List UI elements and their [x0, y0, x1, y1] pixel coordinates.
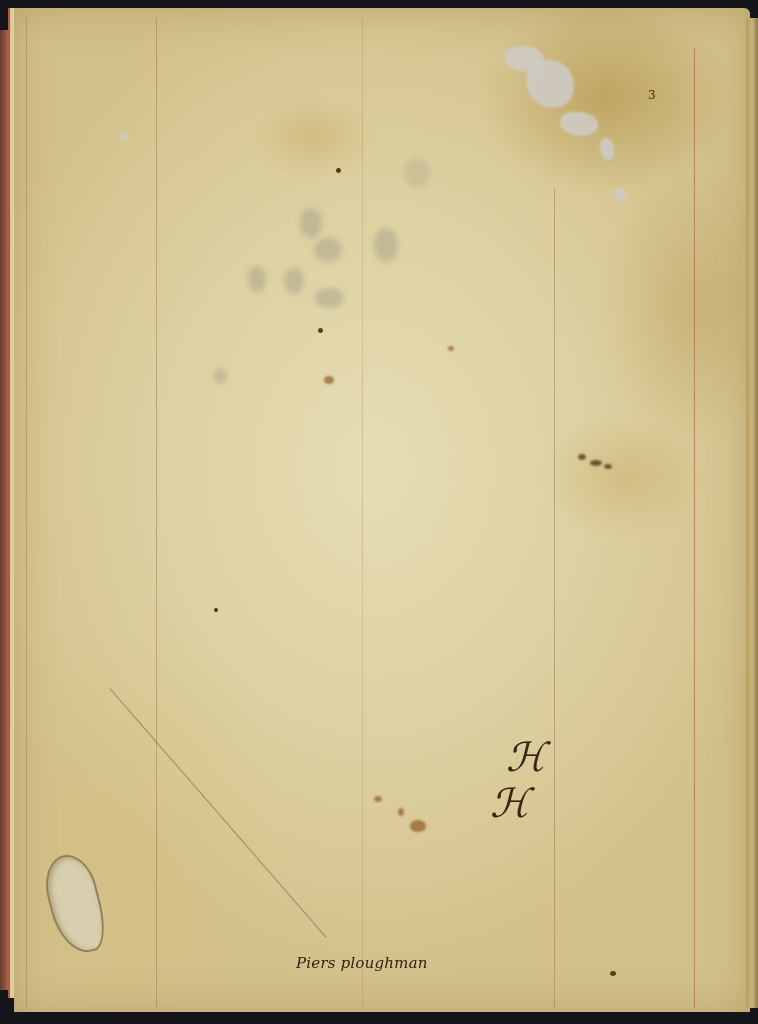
abrasion — [614, 188, 626, 202]
abrasion — [526, 60, 574, 108]
marginal-inscription: Piers ploughman — [296, 954, 428, 972]
ruling-line — [156, 18, 157, 1008]
scan-background-bottom — [0, 1012, 758, 1024]
ink-speck — [610, 971, 616, 976]
stain — [404, 158, 430, 188]
brown-spot — [590, 460, 602, 466]
stain — [214, 368, 226, 384]
brown-spot — [604, 464, 612, 469]
ruling-line — [362, 18, 363, 1008]
ruling-line — [554, 188, 555, 1008]
manuscript-scan: 3 ℋ ℋ Piers ploughman — [0, 0, 758, 1024]
monogram-upper: ℋ — [506, 738, 546, 778]
stain — [314, 288, 344, 308]
stain — [284, 268, 304, 294]
ink-speck — [318, 328, 323, 333]
brown-spot — [374, 796, 382, 802]
ruling-line-red — [694, 48, 695, 1008]
abrasion — [560, 112, 598, 136]
ink-speck — [214, 608, 218, 612]
right-page-edge — [746, 18, 758, 1008]
stain — [374, 228, 398, 262]
brown-spot — [398, 808, 404, 816]
abrasion — [118, 132, 128, 142]
monogram-lower: ℋ — [490, 784, 530, 824]
brown-spot — [324, 376, 334, 384]
page-number: 3 — [648, 88, 656, 102]
stain — [248, 266, 266, 292]
brown-spot — [448, 346, 454, 351]
ink-speck — [336, 168, 341, 173]
stain — [300, 208, 322, 238]
scan-background-top — [0, 0, 758, 8]
ruling-line-red — [26, 18, 27, 1008]
brown-spot — [578, 454, 586, 460]
abrasion — [600, 138, 614, 160]
vellum-leaf — [14, 8, 750, 1014]
fold-crease — [109, 688, 326, 938]
stain — [314, 238, 342, 262]
brown-spot — [410, 820, 426, 832]
